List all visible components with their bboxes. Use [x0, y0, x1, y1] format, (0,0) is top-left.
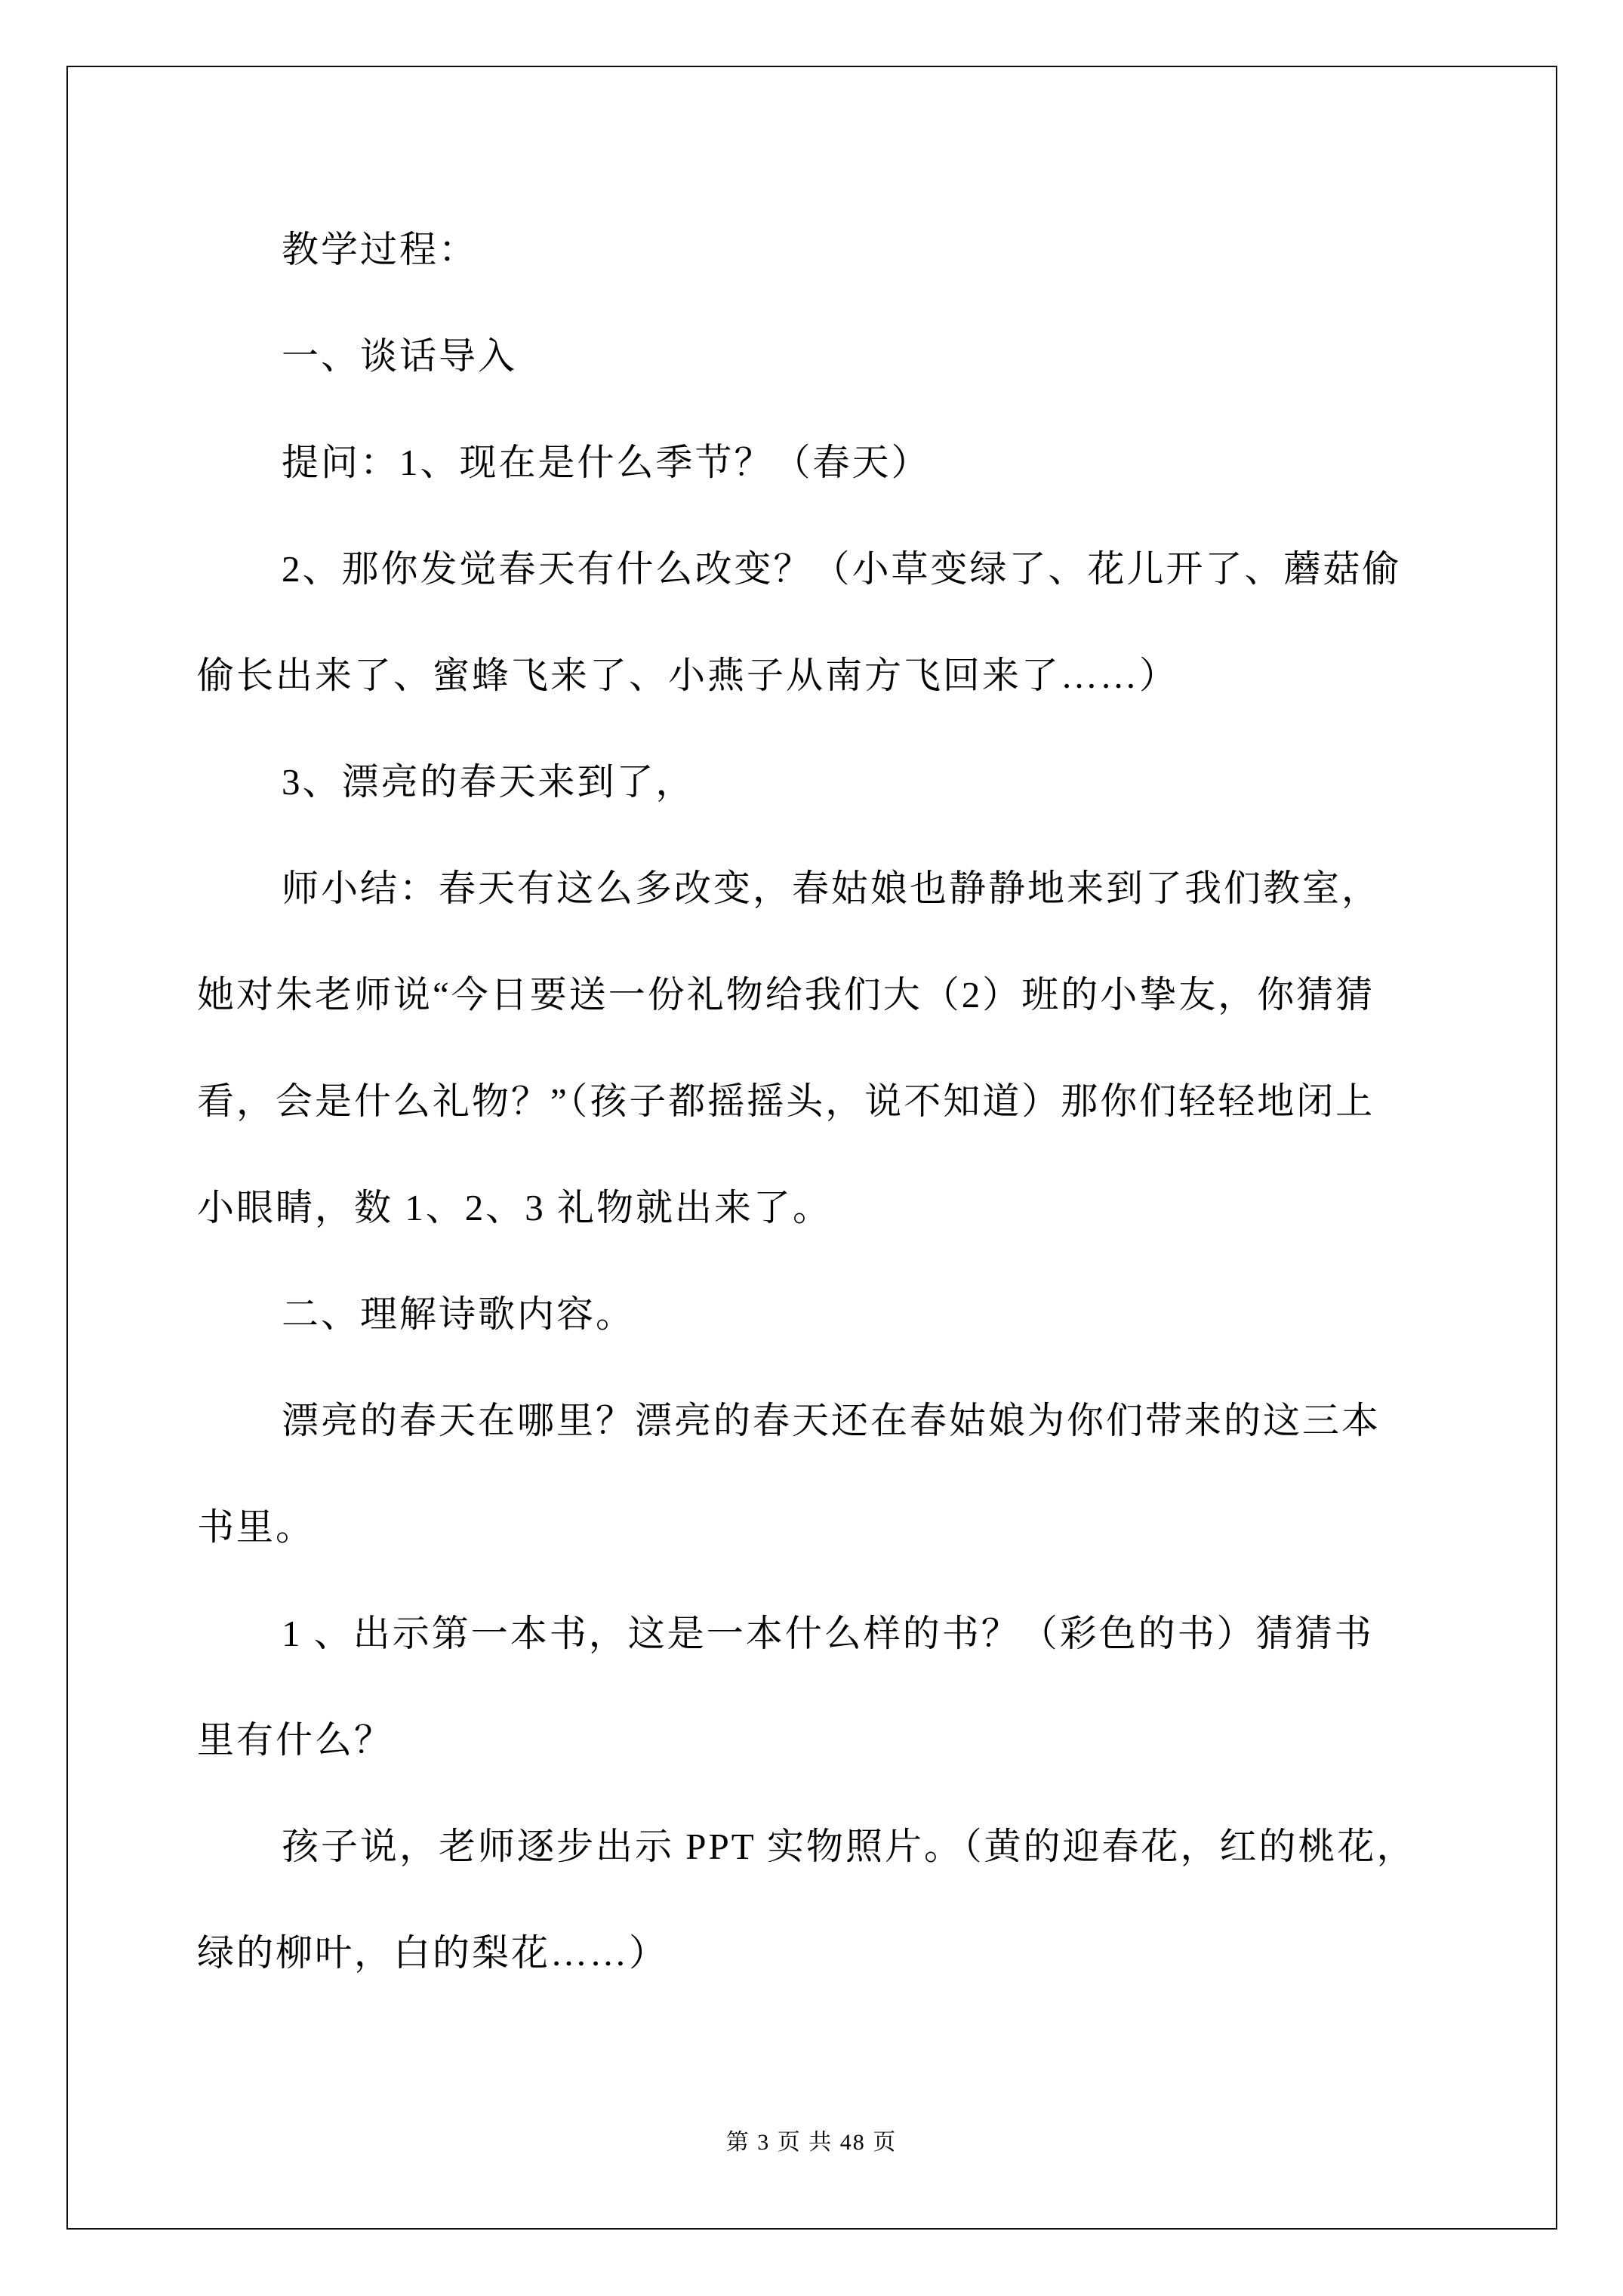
document-page: 教学过程： 一、谈话导入 提问：1、现在是什么季节？（春天） 2、那你发觉春天有… — [0, 0, 1623, 2296]
text-line: 绿的柳叶，白的梨花……） — [197, 1900, 1480, 2006]
text-line: 一、谈话导入 — [197, 303, 1480, 409]
text-line: 看，会是什么礼物？”（孩子都摇摇头，说不知道）那你们轻轻地闭上 — [197, 1048, 1480, 1154]
text-line: 教学过程： — [197, 196, 1480, 303]
text-line: 1 、出示第一本书，这是一本什么样的书？（彩色的书）猜猜书 — [197, 1580, 1480, 1687]
text-line: 2、那你发觉春天有什么改变？（小草变绿了、花儿开了、蘑菇偷 — [197, 516, 1480, 622]
text-line: 二、理解诗歌内容。 — [197, 1261, 1480, 1367]
document-body: 教学过程： 一、谈话导入 提问：1、现在是什么季节？（春天） 2、那你发觉春天有… — [197, 196, 1480, 2006]
text-line: 孩子说，老师逐步出示 PPT 实物照片。（黄的迎春花，红的桃花， — [197, 1793, 1480, 1900]
text-line: 里有什么？ — [197, 1687, 1480, 1793]
text-line: 书里。 — [197, 1474, 1480, 1580]
text-line: 漂亮的春天在哪里？漂亮的春天还在春姑娘为你们带来的这三本 — [197, 1367, 1480, 1474]
page-footer: 第 3 页 共 48 页 — [0, 2123, 1623, 2156]
text-line: 偷长出来了、蜜蜂飞来了、小燕子从南方飞回来了……） — [197, 622, 1480, 729]
text-line: 师小结：春天有这么多改变，春姑娘也静静地来到了我们教室， — [197, 835, 1480, 942]
text-line: 3、漂亮的春天来到了， — [197, 729, 1480, 835]
text-line: 提问：1、现在是什么季节？（春天） — [197, 409, 1480, 516]
text-line: 她对朱老师说“今日要送一份礼物给我们大（2）班的小挚友，你猜猜 — [197, 942, 1480, 1048]
text-line: 小眼睛，数 1、2、3 礼物就出来了。 — [197, 1154, 1480, 1261]
